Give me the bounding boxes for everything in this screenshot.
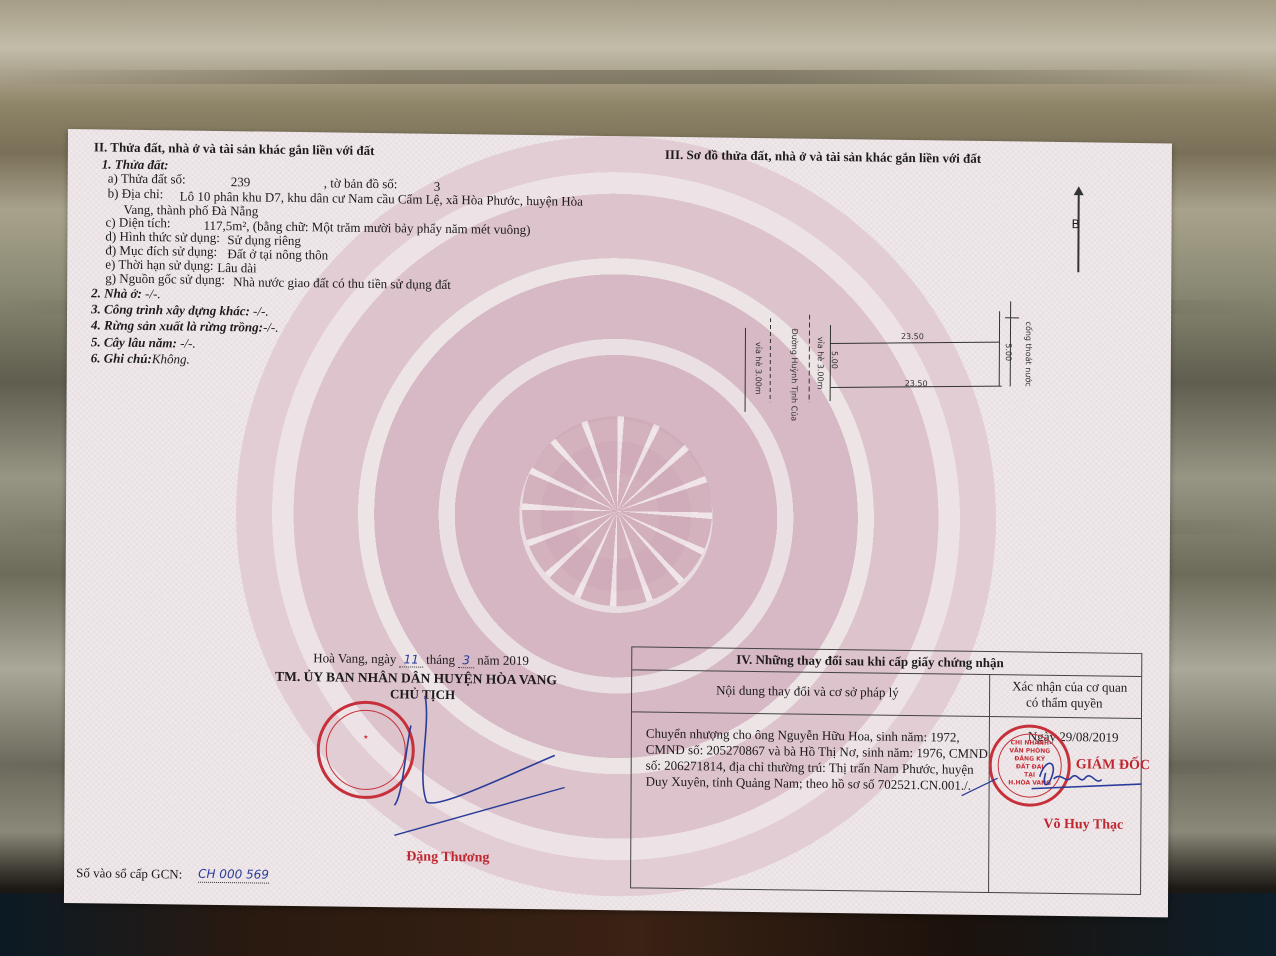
perennial-label: 5. Cây lâu năm: -/-. bbox=[91, 334, 196, 351]
issuance-day: 11 bbox=[400, 652, 423, 667]
issuance-date: Hoà Vang, ngày 11 tháng 3 năm 2019 bbox=[313, 650, 529, 669]
dim-bottom: 23.50 bbox=[905, 379, 928, 388]
address-label: b) Địa chỉ: bbox=[108, 186, 164, 203]
col-content-header: Nội dung thay đổi và cơ sở pháp lý bbox=[716, 682, 899, 700]
register-number: CH 000 569 bbox=[198, 866, 269, 884]
parcel-diagram: 23.50 23.50 5.00 5.00 vỉa hè 3.00m Đường… bbox=[736, 298, 1057, 432]
register-label: Số vào sổ cấp GCN: bbox=[76, 865, 182, 882]
section-iv-title: IV. Những thay đổi sau khi cấp giấy chứn… bbox=[736, 652, 1004, 672]
director-signature bbox=[962, 756, 1142, 798]
label-drain: cống thoát nước bbox=[1024, 322, 1033, 387]
chairman-signature bbox=[364, 685, 565, 838]
forest-label: 4. Rừng sản xuất là rừng trồng:-/-. bbox=[91, 317, 279, 335]
changes-table: IV. Những thay đổi sau khi cấp giấy chứn… bbox=[630, 646, 1142, 895]
drum-star-watermark bbox=[522, 415, 713, 607]
changes-table-header-row: Nội dung thay đổi và cơ sở pháp lý Xác n… bbox=[632, 669, 1141, 719]
house-label: 2. Nhà ở: -/-. bbox=[91, 285, 161, 302]
col-confirm-header-line2: có thẩm quyền bbox=[1026, 695, 1103, 712]
north-label: B bbox=[1072, 216, 1080, 232]
parcel-number: 239 bbox=[231, 174, 251, 190]
north-arrow: B bbox=[1071, 186, 1085, 276]
background-vein bbox=[0, 70, 1276, 84]
entry-line-4: Duy Xuyên, tỉnh Quảng Nam; theo hồ sơ số… bbox=[646, 774, 971, 794]
dim-back: 5.00 bbox=[1004, 343, 1013, 361]
dim-front: 5.00 bbox=[830, 351, 839, 369]
label-sidewalk-near: vỉa hè 3.00m bbox=[816, 337, 825, 390]
chairman-name: Đặng Thương bbox=[406, 849, 489, 866]
col-confirm-header-line1: Xác nhận của cơ quan bbox=[1012, 678, 1127, 696]
dim-top: 23.50 bbox=[901, 332, 924, 341]
note-label: 6. Ghi chú:Không. bbox=[91, 350, 190, 367]
label-street: Đường Huỳnh Tịnh Của bbox=[790, 328, 799, 421]
issuance-month: 3 bbox=[458, 653, 474, 668]
origin-value: Nhà nước giao đất có thu tiền sử dụng đấ… bbox=[233, 274, 451, 293]
land-certificate-page: II. Thửa đất, nhà ở và tài sản khác gắn … bbox=[64, 129, 1172, 917]
director-name: Võ Huy Thạc bbox=[1043, 817, 1123, 834]
label-sidewalk-far: vỉa hè 3.00m bbox=[754, 342, 763, 395]
